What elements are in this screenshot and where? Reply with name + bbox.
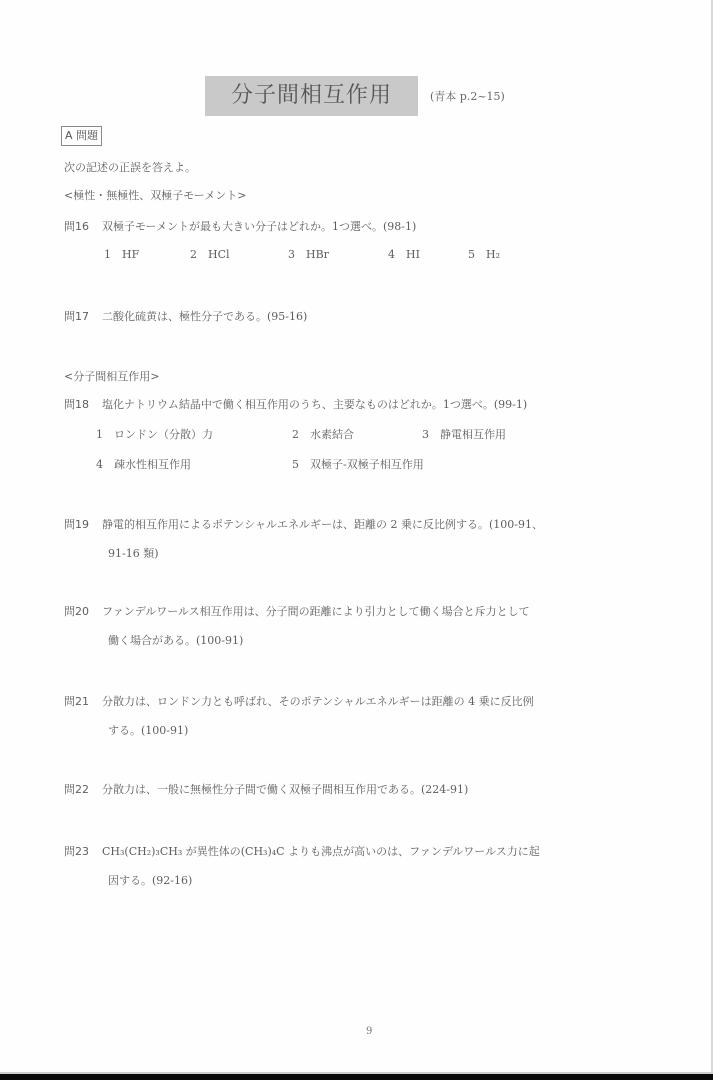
question-text: 塩化ナトリウム結晶中で働く相互作用のうち、主要なものはどれか。1つ選べ。(99-… [102, 398, 527, 411]
question-21: 問21分散力は、ロンドン力とも呼ばれ、そのポテンシャルエネルギーは距離の 4 乗… [64, 694, 534, 739]
question-text: 静電的相互作用によるポテンシャルエネルギーは、距離の 2 乗に反比例する。(10… [102, 518, 543, 531]
choice-1: 1ロンドン（分散）力 [96, 427, 213, 443]
subsection-heading-intermolecular: <分子間相互作用> [64, 369, 159, 385]
question-18: 問18塩化ナトリウム結晶中で働く相互作用のうち、主要なものはどれか。1つ選べ。(… [64, 397, 527, 413]
question-text: 二酸化硫黄は、極性分子である。(95-16) [102, 310, 307, 323]
page-number: 9 [366, 1026, 372, 1037]
instruction-text: 次の記述の正誤を答えよ。 [64, 160, 196, 176]
question-23: 問23CH₃(CH₂)₃CH₃ が異性体の(CH₃)₄C よりも沸点が高いのは、… [64, 844, 540, 889]
question-text-continuation: 91-16 類) [64, 546, 543, 562]
question-text: 分散力は、ロンドン力とも呼ばれ、そのポテンシャルエネルギーは距離の 4 乗に反比… [102, 695, 534, 708]
choice-4: 4疎水性相互作用 [96, 457, 191, 473]
question-number: 問17 [64, 309, 102, 325]
choice-5: 5双極子-双極子相互作用 [292, 457, 424, 473]
question-number: 問18 [64, 397, 102, 413]
question-17: 問17二酸化硫黄は、極性分子である。(95-16) [64, 309, 307, 325]
bottom-edge-bar [0, 1072, 713, 1080]
question-number: 問23 [64, 844, 102, 860]
question-text: 分散力は、一般に無極性分子間で働く双極子間相互作用である。(224-91) [102, 783, 468, 796]
choice-1: 1HF [104, 247, 139, 263]
question-text: CH₃(CH₂)₃CH₃ が異性体の(CH₃)₄C よりも沸点が高いのは、ファン… [102, 845, 540, 858]
question-number: 問19 [64, 517, 102, 533]
choice-3: 3静電相互作用 [422, 427, 506, 443]
choice-4: 4HI [388, 247, 420, 263]
question-text-continuation: する。(100-91) [64, 723, 534, 739]
choice-5: 5H₂ [468, 247, 500, 263]
page-title: 分子間相互作用 [205, 76, 418, 116]
title-reference: (青本 p.2~15) [430, 88, 505, 104]
choice-2: 2水素結合 [292, 427, 354, 443]
question-20: 問20ファンデルワールス相互作用は、分子間の距離により引力として働く場合と斥力と… [64, 604, 530, 649]
question-16: 問16双極子モーメントが最も大きい分子はどれか。1つ選べ。(98-1) [64, 219, 416, 235]
question-number: 問16 [64, 219, 102, 235]
question-19: 問19静電的相互作用によるポテンシャルエネルギーは、距離の 2 乗に反比例する。… [64, 517, 543, 562]
question-text-continuation: 因する。(92-16) [64, 873, 540, 889]
question-text: 双極子モーメントが最も大きい分子はどれか。1つ選べ。(98-1) [102, 220, 416, 233]
question-number: 問20 [64, 604, 102, 620]
choice-3: 3HBr [288, 247, 329, 263]
document-page: 分子間相互作用 (青本 p.2~15) A 問題 次の記述の正誤を答えよ。 <極… [0, 0, 713, 1072]
question-22: 問22分散力は、一般に無極性分子間で働く双極子間相互作用である。(224-91) [64, 782, 468, 798]
question-text: ファンデルワールス相互作用は、分子間の距離により引力として働く場合と斥力として [102, 605, 530, 618]
section-badge: A 問題 [61, 126, 102, 146]
subsection-heading-polarity: <極性・無極性、双極子モーメント> [64, 188, 246, 204]
question-text-continuation: 働く場合がある。(100-91) [64, 633, 530, 649]
question-number: 問21 [64, 694, 102, 710]
choice-2: 2HCl [190, 247, 230, 263]
question-number: 問22 [64, 782, 102, 798]
